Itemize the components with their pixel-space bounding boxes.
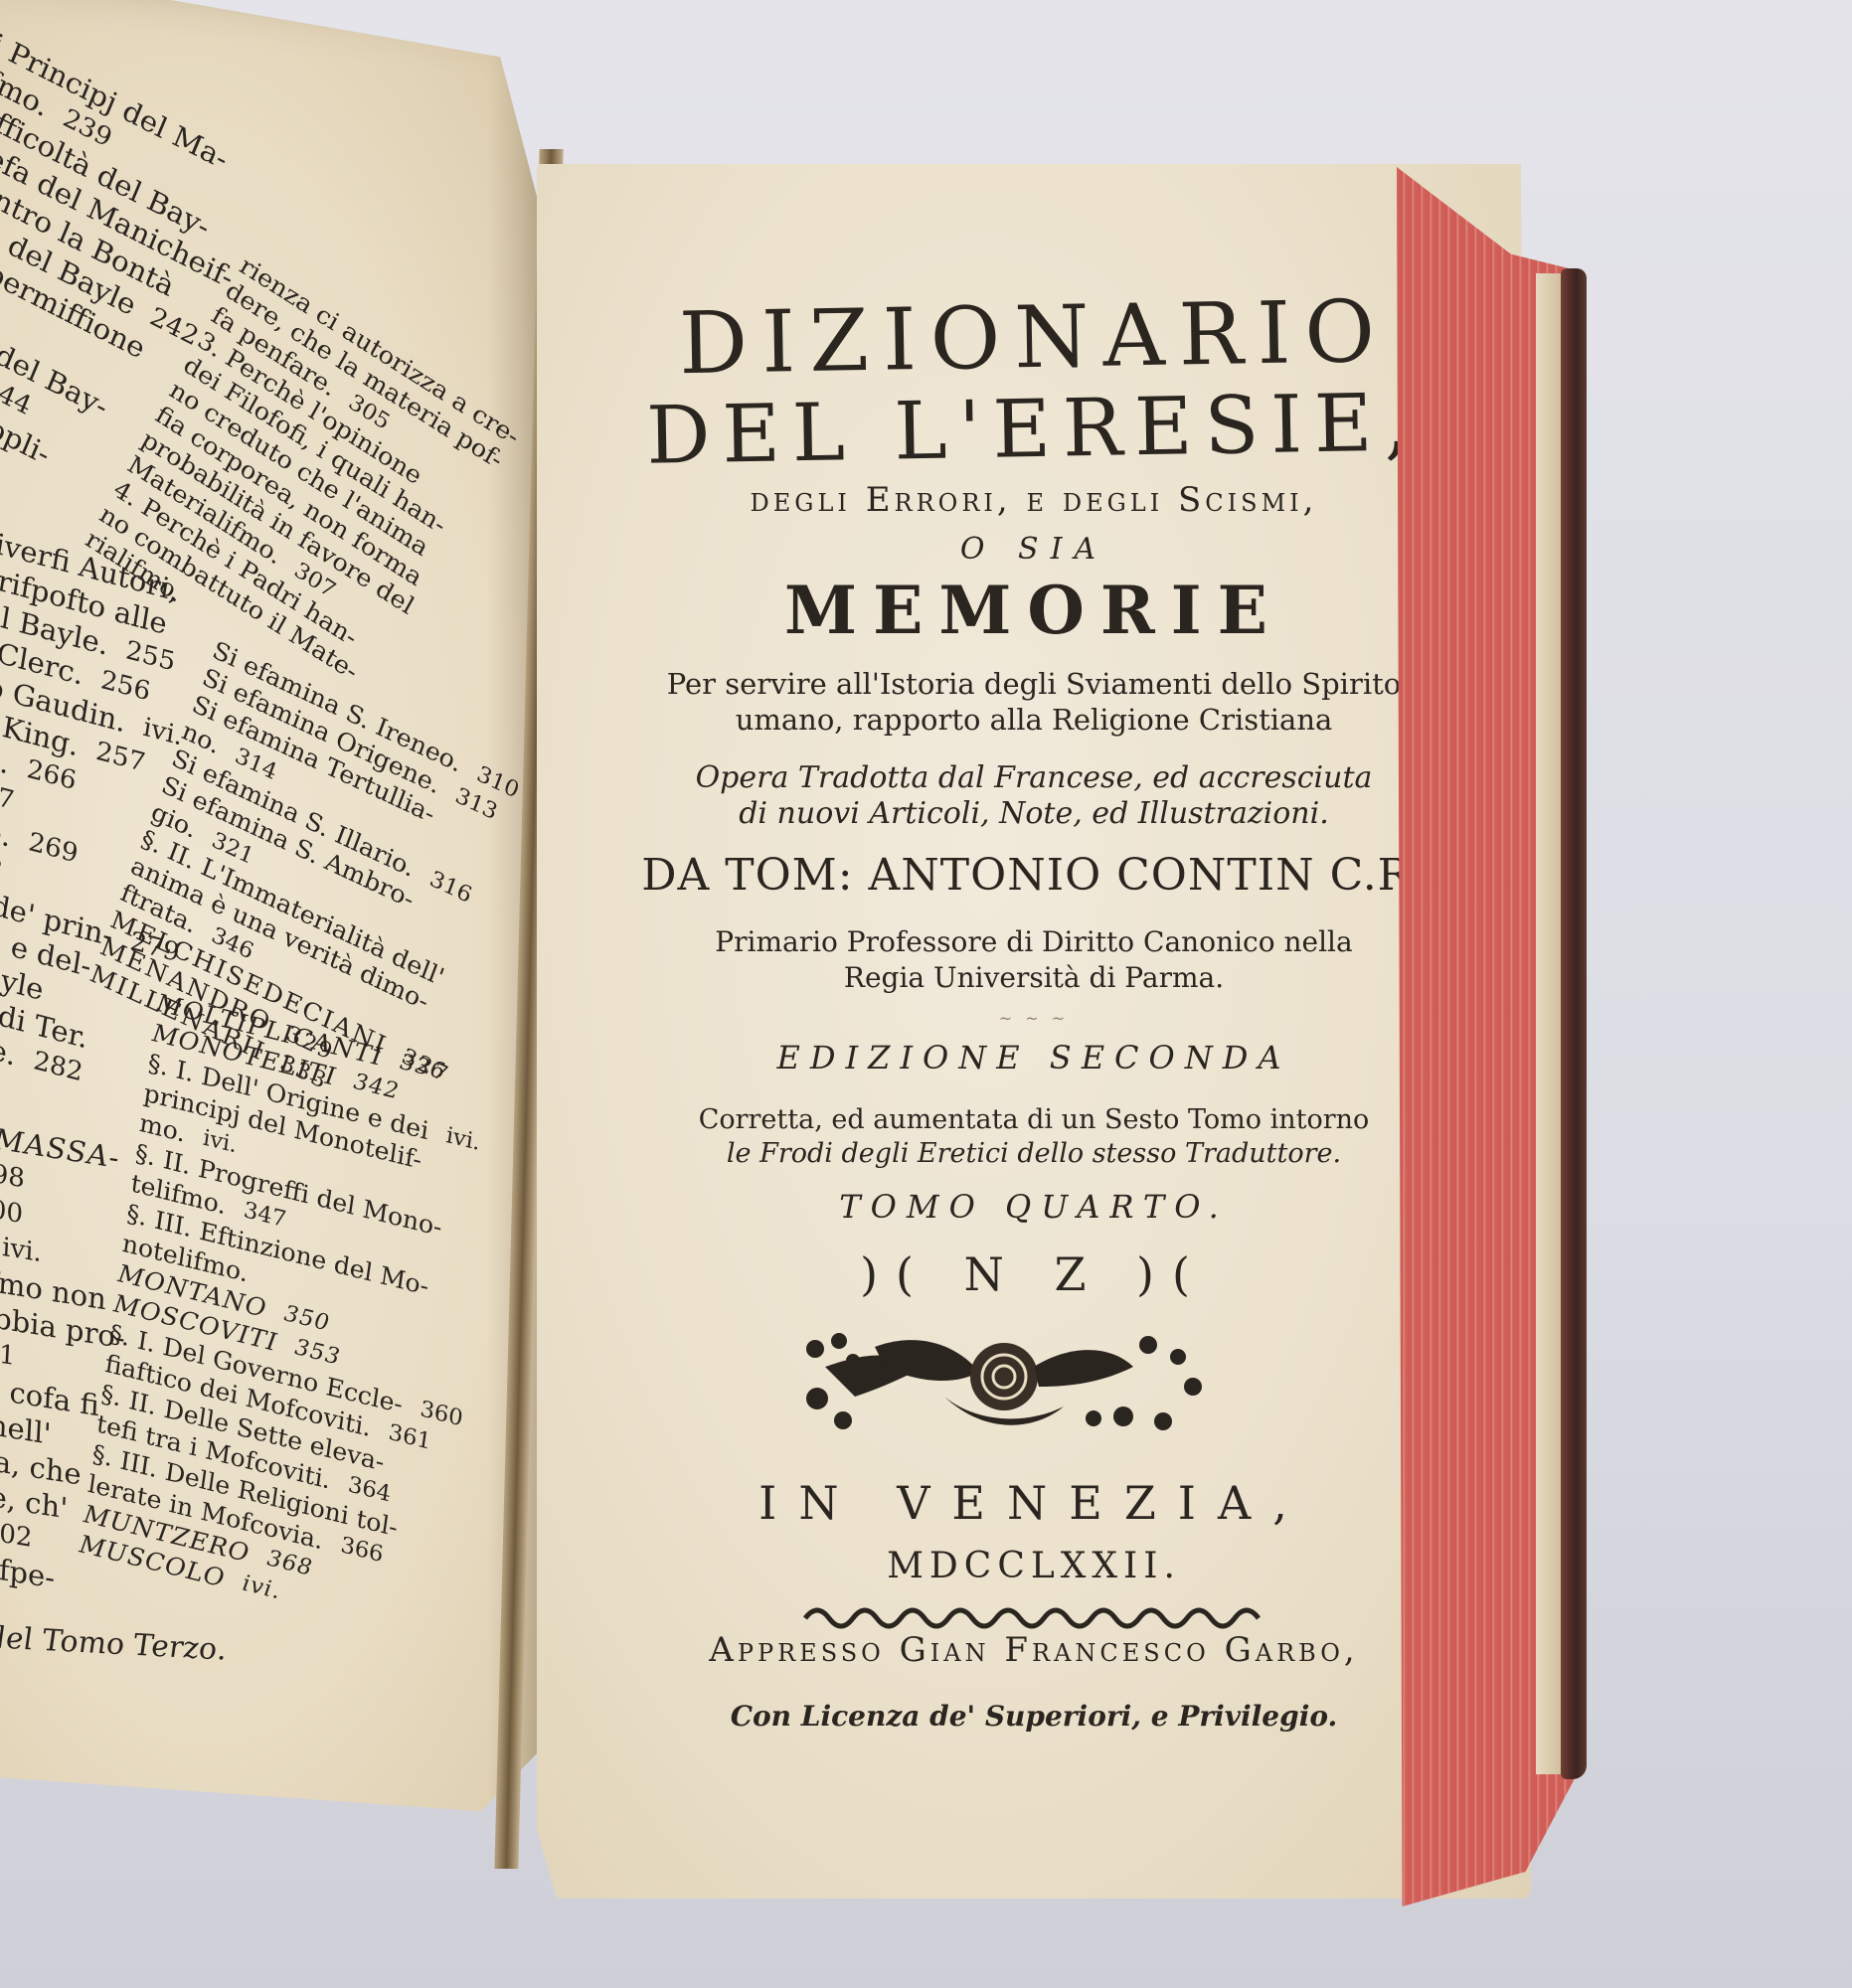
license-note: Con Licenza de' Superiori, e Privilegio. [537, 1700, 1531, 1733]
purpose-text: Per servire all'Istoria degli Sviamenti … [537, 666, 1531, 738]
subtitle-o-sia: O SIA [537, 532, 1531, 567]
subtitle-errori-scismi: degli Errori, e degli Scismi, [537, 480, 1531, 520]
author-name: DA TOM: ANTONIO CONTIN C.R. [537, 850, 1531, 901]
signature-mark: )( N Z )( [537, 1247, 1531, 1301]
end-of-volume-note: ne del Tomo Terzo. [0, 1617, 227, 1667]
edition-note: Corretta, ed aumentata di un Sesto Tomo … [537, 1103, 1531, 1171]
publisher: Appresso Gian Francesco Garbo, [537, 1630, 1531, 1670]
decorative-rule-icon [800, 1600, 1267, 1630]
edition-label: EDIZIONE SECONDA [537, 1039, 1531, 1077]
volume-label: TOMO QUARTO. [537, 1188, 1531, 1226]
title-line-eresie: DEL L'ERESIE, [536, 374, 1531, 483]
publication-year: MDCCLXXII. [537, 1546, 1531, 1586]
floral-fleuron-icon [795, 1327, 1213, 1436]
leather-cover-edge [1561, 268, 1587, 1779]
book-photo: i Principj del Ma- ifmo.239 Difficoltà d… [0, 0, 1852, 1988]
place-of-publication: IN VENEZIA, [537, 1476, 1531, 1530]
title-page: DIZIONARIO DEL L'ERESIE, degli Errori, e… [537, 164, 1531, 1899]
small-ornament-icon: ~ ~ ~ [537, 1009, 1531, 1028]
translation-note: Opera Tradotta dal Francese, ed accresci… [537, 760, 1531, 832]
title-memorie: MEMORIE [537, 572, 1531, 649]
author-affiliation: Primario Professore di Diritto Canonico … [537, 924, 1531, 996]
left-page-index: i Principj del Ma- ifmo.239 Difficoltà d… [0, 0, 577, 1915]
